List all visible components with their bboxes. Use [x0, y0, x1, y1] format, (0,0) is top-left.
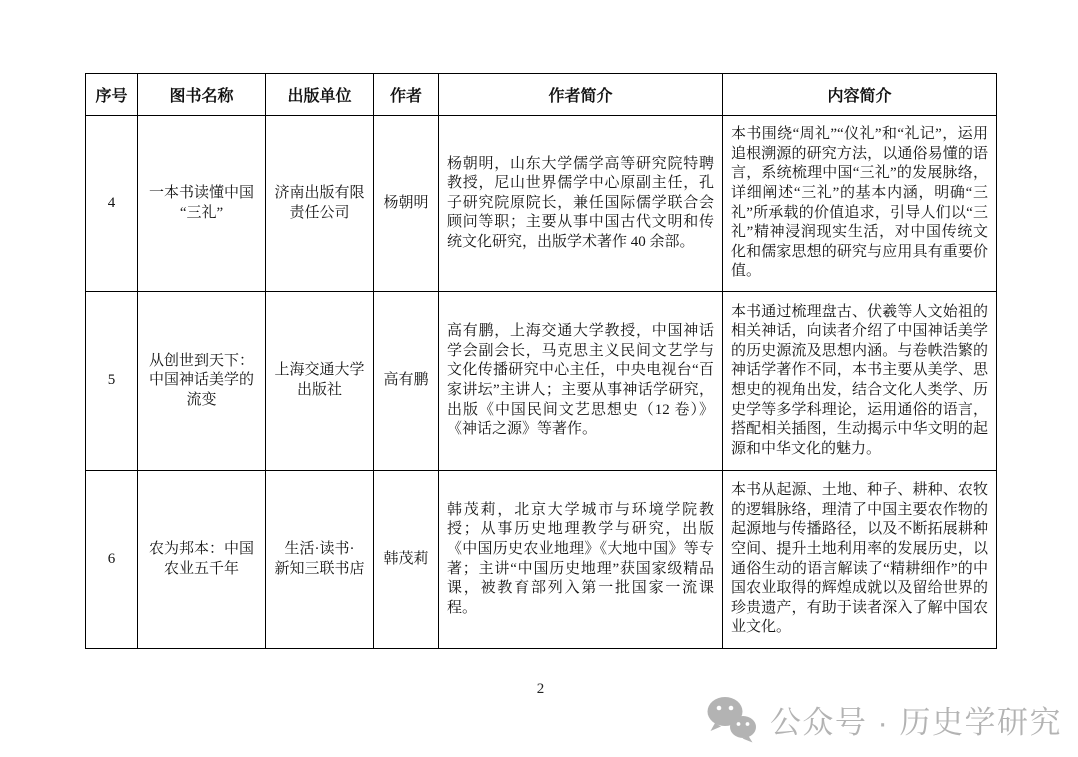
- col-header-index: 序号: [86, 74, 138, 116]
- header-row: 序号 图书名称 出版单位 作者 作者简介 内容简介: [86, 74, 997, 116]
- col-header-author: 作者: [374, 74, 439, 116]
- wechat-icon: [705, 696, 757, 743]
- col-header-summary: 内容简介: [723, 74, 997, 116]
- cell-author: 杨朝明: [374, 116, 439, 292]
- cell-publisher: 上海交通大学 出版社: [266, 292, 374, 471]
- col-header-book-title: 图书名称: [138, 74, 266, 116]
- col-header-author-bio: 作者简介: [439, 74, 723, 116]
- cell-book-title: 农为邦本：中国 农业五千年: [138, 471, 266, 649]
- books-table: 序号 图书名称 出版单位 作者 作者简介 内容简介 4 一本书读懂中国 “三礼”…: [85, 73, 997, 649]
- cell-book-title: 从创世到天下： 中国神话美学的 流变: [138, 292, 266, 471]
- cell-author-bio: 韩茂莉，北京大学城市与环境学院教授；从事历史地理教学与研究，出版《中国历史农业地…: [439, 471, 723, 649]
- table-row: 6 农为邦本：中国 农业五千年 生活·读书· 新知三联书店 韩茂莉 韩茂莉，北京…: [86, 471, 997, 649]
- cell-index: 6: [86, 471, 138, 649]
- watermark-text: 公众号 · 历史学研究: [770, 697, 1062, 742]
- table-row: 5 从创世到天下： 中国神话美学的 流变 上海交通大学 出版社 高有鹏 高有鹏，…: [86, 292, 997, 471]
- cell-publisher: 生活·读书· 新知三联书店: [266, 471, 374, 649]
- cell-author: 高有鹏: [374, 292, 439, 471]
- cell-index: 4: [86, 116, 138, 292]
- document-page: 序号 图书名称 出版单位 作者 作者简介 内容简介 4 一本书读懂中国 “三礼”…: [0, 0, 1078, 757]
- cell-author: 韩茂莉: [374, 471, 439, 649]
- cell-summary: 本书通过梳理盘古、伏羲等人文始祖的相关神话，向读者介绍了中国神话美学的历史源流及…: [723, 292, 997, 471]
- cell-index: 5: [86, 292, 138, 471]
- watermark: 公众号 · 历史学研究: [705, 696, 1062, 743]
- cell-author-bio: 高有鹏，上海交通大学教授，中国神话学会副会长，马克思主义民间文艺学与文化传播研究…: [439, 292, 723, 471]
- cell-author-bio: 杨朝明，山东大学儒学高等研究院特聘教授，尼山世界儒学中心原副主任，孔子研究院原院…: [439, 116, 723, 292]
- table-row: 4 一本书读懂中国 “三礼” 济南出版有限 责任公司 杨朝明 杨朝明，山东大学儒…: [86, 116, 997, 292]
- cell-publisher: 济南出版有限 责任公司: [266, 116, 374, 292]
- cell-summary: 本书从起源、土地、种子、耕种、农牧的逻辑脉络，理清了中国主要农作物的起源地与传播…: [723, 471, 997, 649]
- col-header-publisher: 出版单位: [266, 74, 374, 116]
- cell-book-title: 一本书读懂中国 “三礼”: [138, 116, 266, 292]
- cell-summary: 本书围绕“周礼”“仪礼”和“礼记”，运用追根溯源的研究方法，以通俗易懂的语言，系…: [723, 116, 997, 292]
